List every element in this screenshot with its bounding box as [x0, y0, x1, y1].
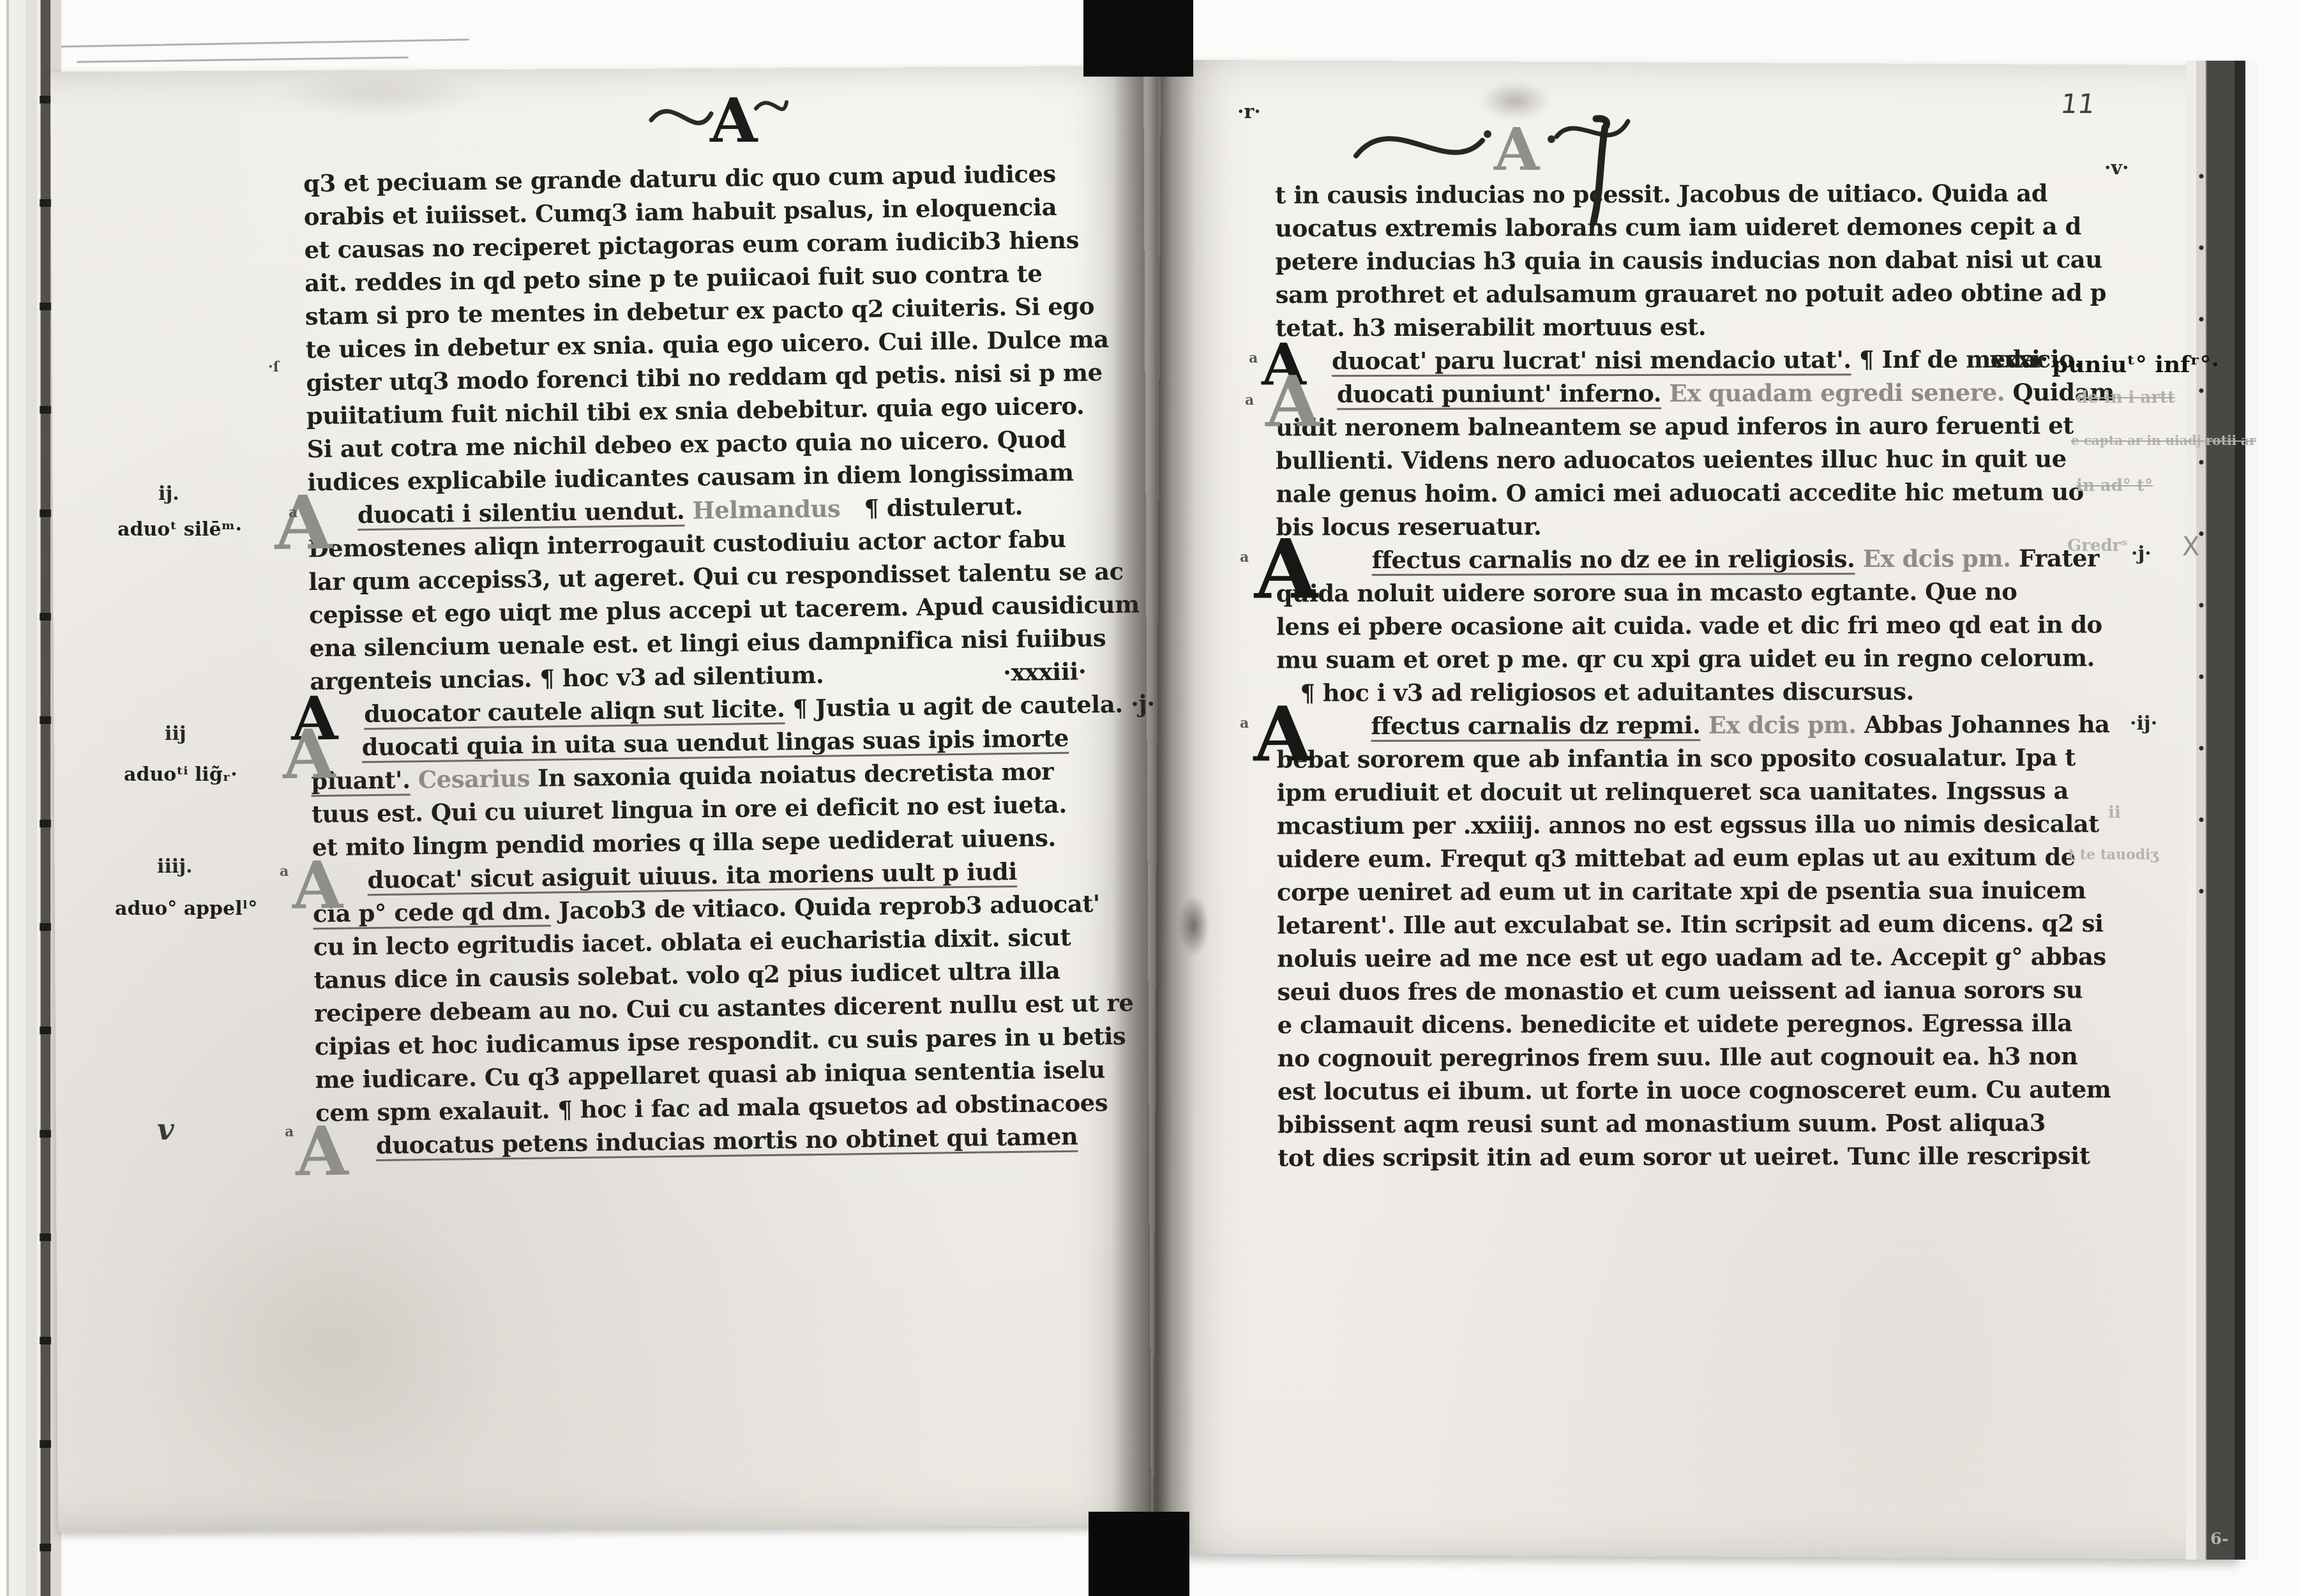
header-flourish — [756, 102, 787, 109]
margin-note: ·j· — [2131, 543, 2152, 565]
stain — [275, 72, 485, 116]
ink-smudge — [1179, 895, 1209, 956]
margin-note: e capta ar in uiadj rotii ar — [2071, 433, 2256, 448]
line-segment: nale genus hoim. O amici mei aduocati ac… — [1276, 478, 2083, 508]
text-line: sam prothret et adulsamum grauaret no po… — [1276, 278, 2075, 313]
pen-initial: A — [1265, 373, 1320, 430]
gutter-shadow — [1112, 57, 1195, 1545]
line-segment: ffectus carnalis no dz ee in religiosis. — [1372, 545, 1855, 574]
text-line: lens ei pbere ocasione ait cuida. vade e… — [1276, 610, 2076, 645]
text-line: e clamauit dicens. benedicite et uidete … — [1278, 1009, 2077, 1044]
line-segment: bebat sororem que ab infantia in sco ppo… — [1276, 743, 2075, 773]
margin-note: ii — [2108, 803, 2121, 822]
line-segment: uidit neronem balneantem se apud inferos… — [1276, 411, 2074, 441]
pen-initial: A — [1255, 537, 1318, 603]
stain — [147, 1200, 504, 1494]
margin-note: 6- — [2210, 1530, 2229, 1549]
line-segment: lens ei pbere ocasione ait cuida. vade e… — [1276, 610, 2102, 640]
text-line: ipm erudiuit et docuit ut relinqueret sc… — [1277, 776, 2076, 811]
line-segment: uidere eum. Frequt q3 mittebat ad eum ep… — [1277, 843, 2076, 873]
margin-note: X — [2182, 532, 2199, 562]
line-segment: Ex quadam egredi senere. — [1661, 379, 2005, 407]
line-segment: no cognouit peregrinos frem suu. Ille au… — [1278, 1042, 2078, 1072]
line-segment: argenteis uncias. ¶ hoc v3 ad silentium. — [310, 661, 824, 696]
text-line: Affectus carnalis no dz ee in religiosis… — [1276, 544, 2076, 579]
line-segment: duocati puniunt' inferno. — [1337, 379, 1661, 408]
text-line: uidere eum. Frequt q3 mittebat ad eum ep… — [1277, 843, 2076, 878]
margin-note: a — [1240, 715, 1249, 732]
underpage-edge — [61, 38, 469, 47]
text-line: tot dies scripsit itin ad eum soror ut u… — [1278, 1141, 2077, 1177]
text-line: letarent'. Ille aut exculabat se. Itin s… — [1277, 909, 2076, 944]
margin-note: a — [1245, 392, 1254, 409]
right-text-block: t in causis inducias no pcessit. Jacobus… — [1275, 179, 2077, 1177]
line-segment: ·xxxiii· — [1003, 657, 1087, 686]
text-line: nale genus hoim. O amici mei aduocati ac… — [1276, 478, 2075, 513]
text-line: bullienti. Videns nero aduocatos ueiente… — [1276, 444, 2075, 479]
text-line: est locutus ei ibum. ut forte in uoce co… — [1278, 1075, 2077, 1110]
line-segment: cia p° cede qd dm. — [313, 896, 551, 928]
margin-note: t te tauodiʒ — [2069, 847, 2159, 863]
pen-initial: A — [1253, 704, 1312, 765]
header-flourish — [1557, 121, 1628, 137]
line-segment: e clamauit dicens. benedicite et uidete … — [1278, 1009, 2072, 1039]
line-segment: bibissent aqm reusi sunt ad monastium su… — [1278, 1108, 2046, 1138]
line-segment: In saxonia quida noiatus decretista mor — [538, 757, 1054, 792]
text-line: mu suam et oret p me. qr cu xpi gra uide… — [1276, 644, 2076, 679]
binding-strap-bottom — [1089, 1512, 1189, 1596]
margin-note: aduo° appelˡ° — [115, 898, 257, 920]
text-line: bibissent aqm reusi sunt ad monastium su… — [1278, 1108, 2077, 1143]
text-line: ¶ hoc i v3 ad religiosos et aduitantes d… — [1276, 677, 2076, 712]
margin-note: v — [157, 1112, 174, 1147]
line-segment: ffectus carnalis dz repmi. — [1371, 711, 1700, 740]
margin-note: ·ſ — [268, 359, 279, 375]
line-segment: corpe ueniret ad eum ut in caritate xpi … — [1277, 876, 2086, 906]
margin-note: aduoᵗ silēᵐ· — [117, 518, 242, 541]
text-line: quida noluit uidere sorore sua in mcasto… — [1276, 577, 2076, 612]
margin-note: a — [1249, 350, 1258, 366]
line-segment: mu suam et oret p me. qr cu xpi gra uide… — [1276, 644, 2095, 674]
margin-note: a — [280, 863, 289, 880]
line-segment: tetat. h3 miserabilit mortuus est. — [1276, 313, 1707, 342]
line-segment: Ex dcis pm. — [1700, 711, 1856, 739]
header-flourish — [1356, 139, 1482, 156]
line-segment: Helmandus — [684, 494, 841, 524]
text-line: Aduocat' paru lucrat' nisi mendacio utat… — [1276, 345, 2075, 380]
pen-initial: A — [292, 860, 343, 913]
pen-initial: A — [274, 493, 332, 553]
line-segment: est locutus ei ibum. ut forte in uoce co… — [1278, 1075, 2111, 1105]
line-segment: duocator cautele aliqn sut licite. — [364, 695, 785, 728]
margin-note: iiij. — [157, 855, 193, 878]
text-line: mcastium per .xxiiij. annos no est egssu… — [1277, 809, 2076, 845]
text-line: uidit neronem balneantem se apud inferos… — [1276, 411, 2075, 446]
running-header-left: A — [649, 80, 789, 163]
text-line: bebat sororem que ab infantia in sco ppo… — [1276, 743, 2076, 778]
line-segment: mcastium per .xxiiij. annos no est egssu… — [1277, 809, 2099, 839]
text-line: noluis ueire ad me nce est ut ego uadam … — [1277, 942, 2076, 977]
text-line: seui duos fres de monastio et cum ueisse… — [1277, 975, 2076, 1011]
margin-note: a — [1240, 549, 1249, 566]
line-segment: letarent'. Ille aut exculabat se. Itin s… — [1277, 909, 2104, 939]
underpage-edge — [77, 56, 409, 63]
line-segment: quida noluit uidere sorore sua in mcasto… — [1276, 577, 2017, 607]
header-letter: A — [709, 84, 758, 156]
text-line: tetat. h3 miserabilit mortuus est. — [1276, 312, 2075, 347]
margin-note: Gredrˢ — [2067, 536, 2128, 555]
header-dot — [1548, 135, 1555, 143]
line-segment: duocati i silentiu uendut. — [358, 497, 685, 529]
line-segment: duocat' paru lucrat' nisi mendacio utat'… — [1332, 345, 1851, 375]
margin-note: iij — [165, 723, 186, 745]
left-text-block: q3 et peciuam se grande daturu dic quo c… — [303, 159, 1119, 1165]
line-segment: Abbas Johannes ha — [1856, 710, 2109, 739]
margin-note: a — [289, 504, 298, 521]
line-segment: seui duos fres de monastio et cum ueisse… — [1277, 975, 2083, 1005]
margin-note: de in i artt — [2076, 388, 2175, 407]
text-line: Affectus carnalis dz repmi. Ex dcis pm. … — [1276, 710, 2076, 745]
manuscript-photo: q3 et peciuam se grande daturu dic quo c… — [0, 0, 2299, 1596]
pen-initial: A — [282, 727, 335, 782]
stain — [1480, 82, 1550, 120]
line-segment: Cesarius — [410, 764, 538, 794]
margin-note: ·v· — [2104, 157, 2129, 179]
margin-note: in ad° t° — [2076, 476, 2153, 495]
line-segment: ipm erudiuit et docuit ut relinqueret sc… — [1277, 776, 2069, 806]
line-segment: bullienti. Videns nero aduocatos ueiente… — [1276, 444, 2067, 474]
text-line: no cognouit peregrinos frem suu. Ille au… — [1278, 1042, 2077, 1077]
line-segment: tot dies scripsit itin ad eum soror ut u… — [1278, 1141, 2090, 1171]
header-flourish — [651, 111, 711, 123]
pen-initial: A — [295, 1124, 348, 1179]
line-segment: noluis ueire ad me nce est ut ego uadam … — [1277, 942, 2106, 972]
folio-number: 11 — [2059, 88, 2097, 119]
line-segment: sam prothret et adulsamum grauaret no po… — [1276, 278, 2107, 308]
text-line: corpe ueniret ad eum ut in caritate xpi … — [1277, 876, 2076, 911]
line-segment: ¶ hoc i v3 ad religiosos et aduitantes d… — [1276, 677, 1914, 707]
binding-strap-top — [1083, 0, 1193, 77]
text-line: bis locus reseruatur. — [1276, 511, 2076, 546]
line-segment: q3 et peciuam se grande daturu dic quo c… — [303, 160, 1056, 197]
line-segment: ¶ Justia u agit de cautela. ·j· — [785, 689, 1155, 723]
line-segment: ·xxxi· — [1982, 345, 2048, 373]
fore-edge — [2186, 61, 2258, 1560]
line-segment: Ex dcis pm. — [1855, 544, 2010, 573]
header-letter: A — [1493, 115, 1541, 184]
line-segment: petere inducias h3 quia in causis induci… — [1275, 245, 2102, 275]
margin-note: puniuᵗ° infʳ°· — [2052, 351, 2219, 378]
margin-note: aduoᵗⁱ lig̃ᵣ· — [124, 764, 237, 786]
margin-note: a — [285, 1124, 294, 1140]
stitching-marks — [40, 0, 51, 1596]
right-page: t in causis inducias no pcessit. Jacobus… — [1153, 60, 2246, 1560]
text-line: Aduocati puniunt' inferno. Ex quadam egr… — [1276, 378, 2075, 413]
text-line: petere inducias h3 quia in causis induci… — [1275, 245, 2074, 280]
line-segment: ¶ distulerut. — [840, 492, 1023, 523]
header-dot — [1484, 130, 1491, 138]
margin-note: ij. — [158, 483, 179, 505]
margin-note: ·r· — [1237, 101, 1261, 123]
margin-note: ·ij· — [2130, 712, 2157, 735]
